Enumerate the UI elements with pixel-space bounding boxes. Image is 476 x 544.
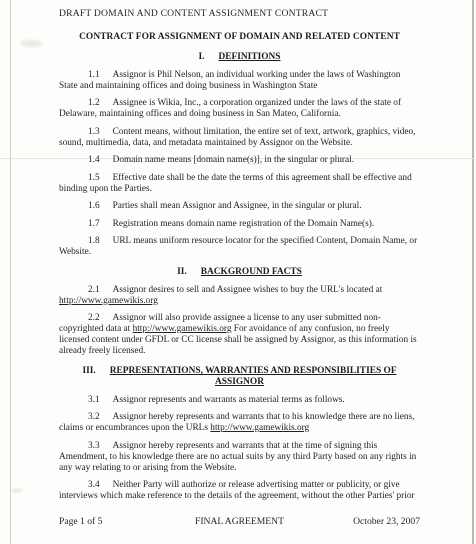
paragraph-text: Parties shall mean Assignor and Assignee… [113,201,362,211]
contract-paragraph: 1.1Assignor is Phil Nelson, an individua… [59,70,420,92]
paragraph-number: 3.4 [88,480,100,490]
paragraph-text: Assignor hereby represents and warrants … [59,441,416,473]
contract-paragraph: 3.2Assignor hereby represents and warran… [59,412,420,434]
url-text: http://www.gamewikis.org [210,423,309,433]
document-draft-header: DRAFT DOMAIN AND CONTENT ASSIGNMENT CONT… [59,8,420,19]
scan-edge-right-line [472,0,474,544]
paragraph-number: 1.1 [88,70,100,80]
contract-paragraph: 1.4Domain name means [domain name(s)], i… [59,155,420,166]
paragraph-number: 3.3 [88,441,100,451]
section-numeral: I. [199,52,205,62]
contract-paragraph: 1.6Parties shall mean Assignor and Assig… [59,201,420,212]
paragraph-text: Assignee is Wikia, Inc., a corporation o… [59,98,401,119]
paragraph-number: 1.4 [88,155,100,165]
contract-paragraph: 2.1Assignor desires to sell and Assignee… [59,285,420,307]
contract-paragraph: 1.2Assignee is Wikia, Inc., a corporatio… [59,98,420,120]
paragraph-text: Assignor is Phil Nelson, an individual w… [59,70,400,91]
section-title: BACKGROUND FACTS [201,267,302,277]
scan-smudge [20,40,42,47]
scan-smudge [12,488,22,493]
paragraph-text: URL means uniform resource locator for t… [59,236,417,257]
paragraph-text: Assignor represents and warrants as mate… [113,395,345,405]
paragraph-number: 1.8 [88,236,100,246]
paragraph-text: Registration means domain name registrat… [113,219,375,229]
contract-paragraph: 2.2Assignor will also provide assignee a… [59,313,420,357]
paragraph-text: Effective date shall be the date the ter… [59,173,412,194]
paragraph-text: Content means, without limitation, the e… [59,127,415,148]
section-title: DEFINITIONS [219,52,281,62]
paragraph-number: 3.1 [88,395,100,405]
contract-paragraph: 1.7Registration means domain name regist… [59,219,420,230]
contract-paragraph: 3.3Assignor hereby represents and warran… [59,441,420,474]
paragraph-number: 1.7 [88,219,100,229]
section-heading-background-facts: II.BACKGROUND FACTS [59,267,420,278]
paragraph-number: 3.2 [88,412,100,422]
paragraph-number: 2.1 [88,285,100,295]
section-heading-definitions: I.DEFINITIONS [59,52,420,63]
section-title: REPRESENTATIONS, WARRANTIES AND RESPONSI… [110,366,397,387]
paragraph-text: Domain name means [domain name(s)], in t… [113,155,354,165]
footer-date: October 23, 2007 [307,516,420,527]
contract-paragraph: 3.4Neither Party will authorize or relea… [59,480,420,502]
paragraph-text: Assignor desires to sell and Assignee wi… [113,285,383,295]
section-numeral: II. [177,267,187,277]
contract-paragraph: 1.8URL means uniform resource locator fo… [59,236,420,258]
url-text: http://www.gamewikis.org [59,296,158,306]
contract-paragraph: 3.1Assignor represents and warrants as m… [59,395,420,406]
scanned-contract-page: DRAFT DOMAIN AND CONTENT ASSIGNMENT CONT… [0,0,476,544]
paragraph-number: 1.6 [88,201,100,211]
paragraph-number: 2.2 [88,313,100,323]
section-numeral: III. [82,366,95,376]
paragraph-text: Neither Party will authorize or release … [59,480,415,501]
footer-page-number: Page 1 of 5 [59,516,172,527]
paragraph-number: 1.2 [88,98,100,108]
footer-status: FINAL AGREEMENT [172,516,307,527]
contract-paragraph: 1.5Effective date shall be the date the … [59,173,420,195]
document-body: DRAFT DOMAIN AND CONTENT ASSIGNMENT CONT… [59,8,420,502]
section-heading-representations: III.REPRESENTATIONS, WARRANTIES AND RESP… [59,366,420,388]
paragraph-number: 1.3 [88,127,100,137]
page-footer: Page 1 of 5 FINAL AGREEMENT October 23, … [59,516,420,527]
contract-paragraph: 1.3Content means, without limitation, th… [59,127,420,149]
paragraph-number: 1.5 [88,173,100,183]
url-text: http://www.gamewikis.org [133,324,232,334]
document-title: CONTRACT FOR ASSIGNMENT OF DOMAIN AND RE… [59,32,420,43]
scan-edge-left-line [10,0,11,544]
